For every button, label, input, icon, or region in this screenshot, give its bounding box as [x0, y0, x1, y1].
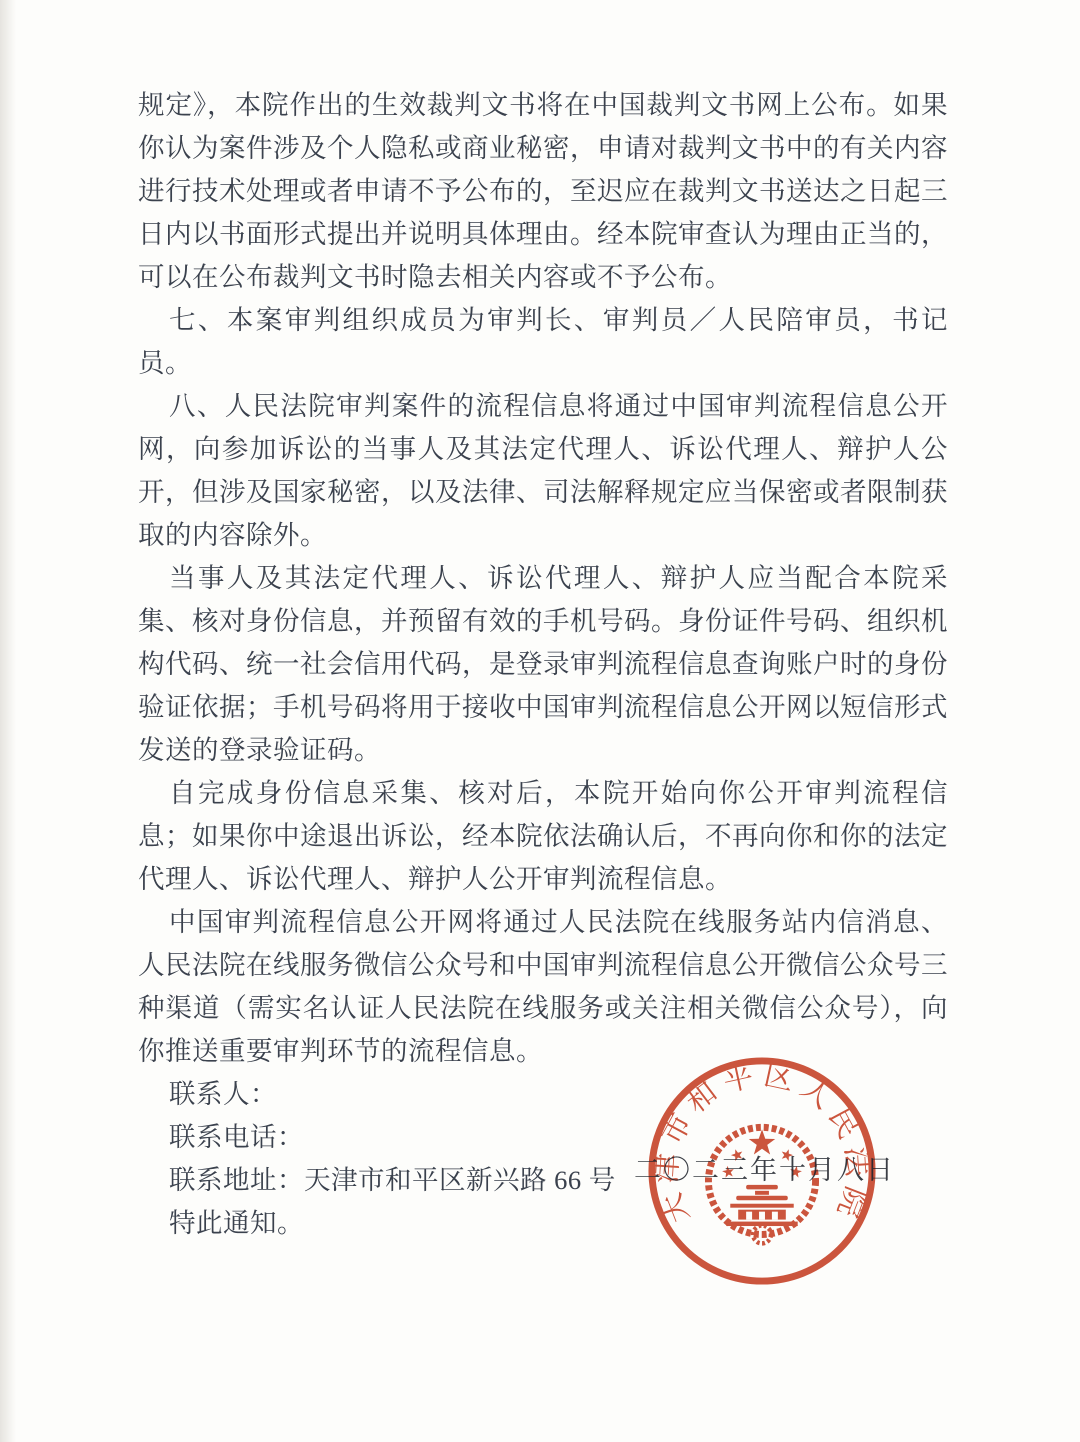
issue-date: 二〇二三年十月八日: [634, 1148, 895, 1187]
paragraph-disclosure-conditions: 自完成身份信息采集、核对后，本院开始向你公开审判流程信息；如果你中途退出诉讼，经…: [138, 772, 948, 901]
emblem-gate-arches: [746, 1212, 778, 1220]
paragraph-judgment-publication: 规定》，本院作出的生效裁判文书将在中国裁判文书网上公布。如果你认为案件涉及个人隐…: [138, 84, 948, 299]
paragraph-identity-collection: 当事人及其法定代理人、诉讼代理人、辩护人应当配合本院采集、核对身份信息，并预留有…: [138, 557, 948, 772]
paragraph-item-7-trial-organization: 七、本案审判组织成员为审判长、审判员／人民陪审员，书记员。: [138, 299, 948, 385]
court-notice-page: 规定》，本院作出的生效裁判文书将在中国裁判文书网上公布。如果你认为案件涉及个人隐…: [0, 0, 1080, 1442]
paragraph-item-8-process-disclosure: 八、人民法院审判案件的流程信息将通过中国审判流程信息公开网，向参加诉讼的当事人及…: [138, 385, 948, 557]
emblem-tiananmen-icon: [726, 1185, 797, 1226]
